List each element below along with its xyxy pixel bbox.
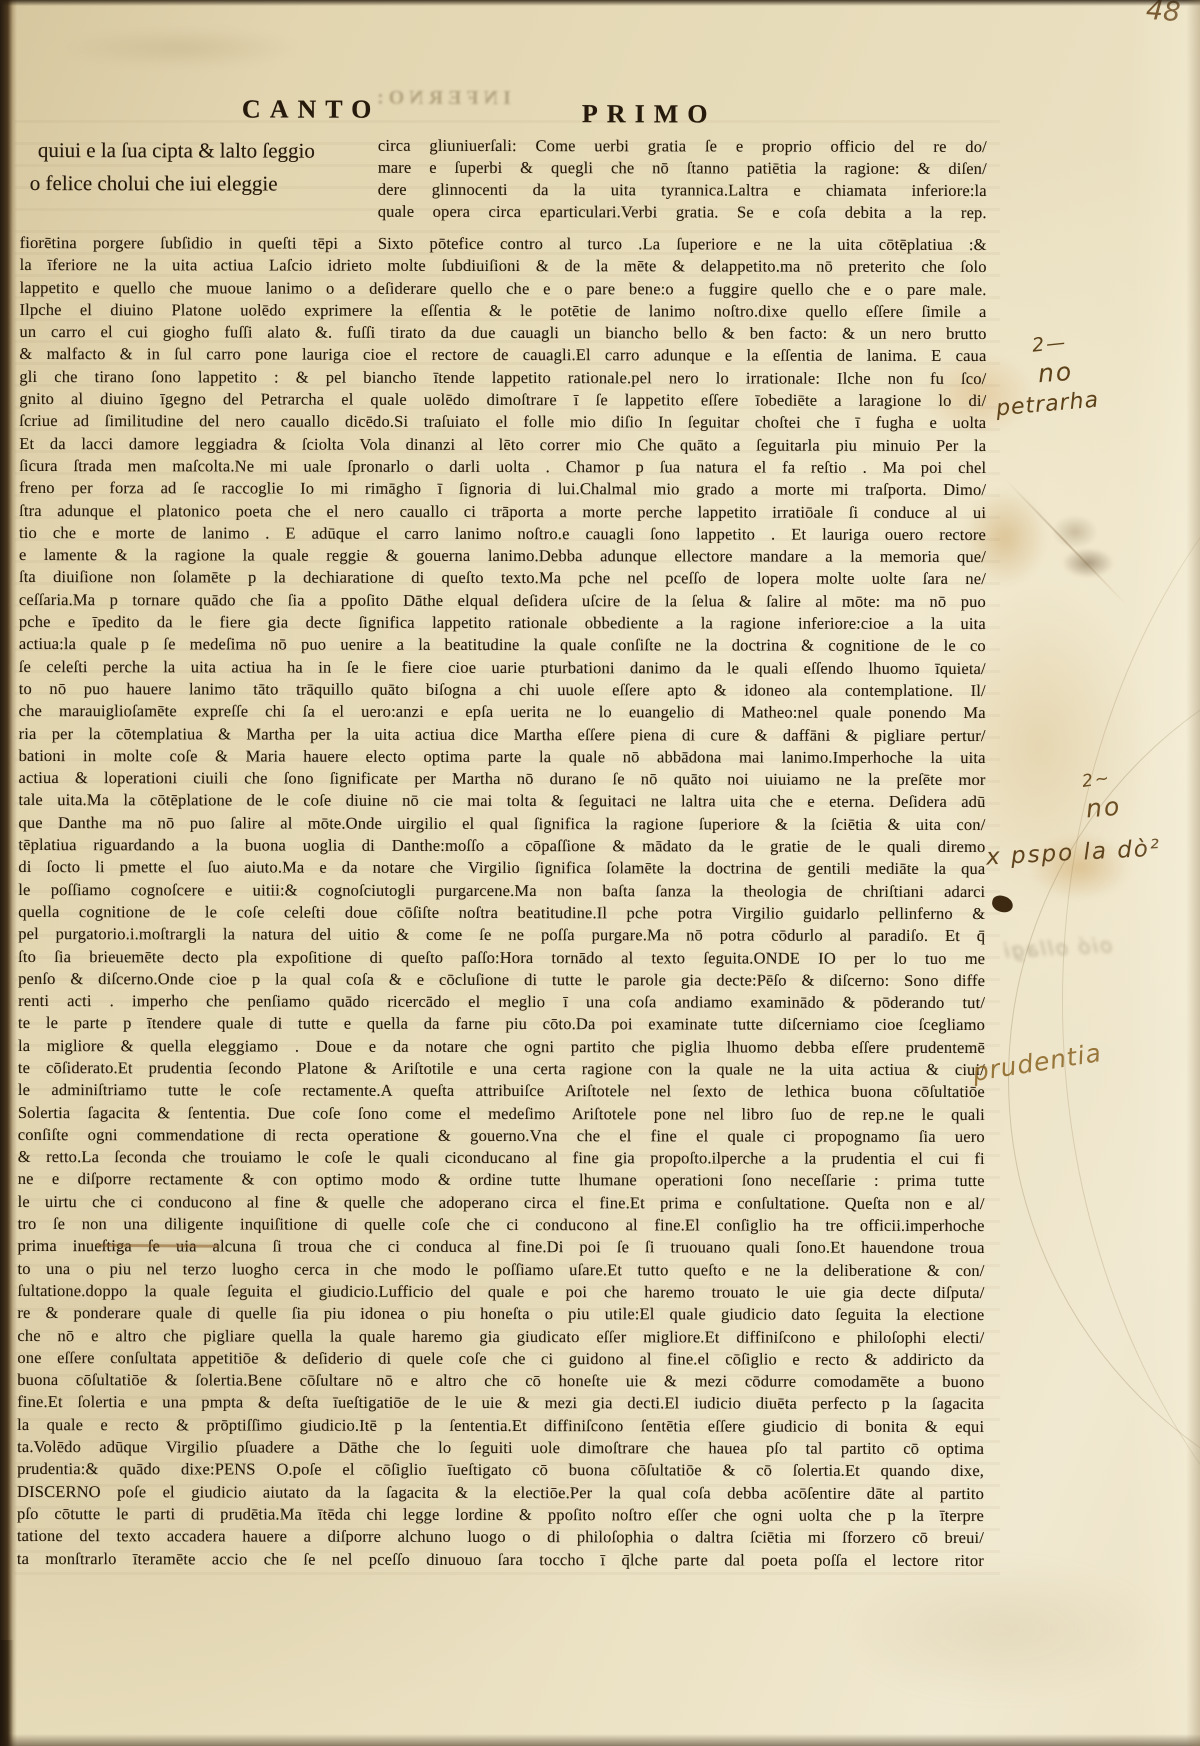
page-edge xyxy=(0,1734,1200,1746)
body-line: quella cognitione de le coſe celeſti dou… xyxy=(18,901,985,925)
ink-blot xyxy=(991,894,1015,914)
body-line: ta.Volēdo adūque Virgilio pſuadere a Dāt… xyxy=(17,1436,984,1460)
scanned-book-page: CANTO INFERNO: PRIMO quiui e la ſua cipt… xyxy=(0,0,1200,1746)
paper-crease xyxy=(1004,478,1127,605)
body-line: one eſſere conſultata appetitiōe & deſid… xyxy=(17,1347,984,1371)
verse-quotation: quiui e la ſua cipta & lalto ſeggioo fel… xyxy=(30,134,360,201)
body-line: di ſocto li pmette el ſuo aiuto.Ma e da … xyxy=(18,856,985,880)
body-line: la quale e recto & prōptiſſimo giudicio.… xyxy=(17,1414,984,1438)
intro-line: circa gliuniuerſali: Come uerbi gratia ſ… xyxy=(378,135,987,158)
body-line: pſo cōtutte le parti di prudētia.Ma ītēd… xyxy=(17,1503,984,1527)
ink-smudge xyxy=(1052,515,1098,549)
body-line: gli che tirano ſono lappetito : & pel bi… xyxy=(19,366,986,390)
running-title-primo: PRIMO xyxy=(582,99,717,129)
intro-line: quale opera circa eparticulari.Verbi gra… xyxy=(378,201,987,224)
body-line: tio che e morte de lanimo . E adūque el … xyxy=(19,522,986,546)
body-line: actiua:la quale p ſe medeſima nō puo uen… xyxy=(19,633,986,657)
body-line: freno per forza ad ſe raccoglie Io mi ri… xyxy=(19,477,986,501)
body-line: prudentia:& quādo dixe:PENS O.poſe el cō… xyxy=(17,1458,984,1482)
body-line: & retto.La ſeconda che trouiamo le coſe … xyxy=(18,1146,985,1170)
verse-line: quiui e la ſua cipta & lalto ſeggio xyxy=(30,134,360,168)
body-line: te cōſiderato.Et prudentia ſecondo Plato… xyxy=(18,1057,985,1081)
body-line: che marauiglioſamēte expreſſe chi ſa el … xyxy=(19,700,986,724)
commentary-body: fiorētina porgere ſubſidio in queſti tēp… xyxy=(17,232,987,1572)
body-line: penſo & diſcerno.Onde cioe p la qual coſ… xyxy=(18,968,985,992)
body-line: ne e diſporre rectamente & con optimo mo… xyxy=(18,1168,985,1192)
body-line: Et da lacci damore leggiadra & ſciolta V… xyxy=(19,433,986,457)
body-line: prima inueſtiga ſe uia alcuna ſi troua c… xyxy=(18,1235,985,1259)
stain xyxy=(60,28,300,68)
printed-text-block: CANTO INFERNO: PRIMO quiui e la ſua cipt… xyxy=(20,84,987,86)
body-line: tro ſe non una diligente inquiſitione di… xyxy=(18,1213,985,1237)
body-line: la īferiore ne la uita actiua Laſcio idr… xyxy=(20,254,987,278)
body-line: ſultatione.doppo la quale ſeguita el giu… xyxy=(17,1280,984,1304)
body-line: to nō puo hauere lanimo tāto trāquillo q… xyxy=(19,678,986,702)
body-line: ſcriue ad ſimilitudine del nero cauallo … xyxy=(19,410,986,434)
verse-line: o felice cholui che iui eleggie xyxy=(30,167,360,201)
body-line: ſtra adunque el platonico poeta che el n… xyxy=(19,500,986,524)
margin-mark: 2— xyxy=(1031,331,1068,357)
body-line: Solertia ſagacita & ſententia. Due coſe … xyxy=(18,1102,985,1126)
page-edge xyxy=(1186,0,1200,1746)
body-line: e lamente & la ragione la quale reggie &… xyxy=(19,544,986,568)
body-line: ſta diuiſione non ſolamēte p la dechiara… xyxy=(19,566,986,590)
margin-note-no: no xyxy=(1085,792,1123,824)
body-line: ta monſtrarlo īteramēte accio che ſe nel… xyxy=(17,1547,984,1571)
body-line: pel purgatorio.i.moſtrargli la natura de… xyxy=(18,923,985,947)
body-line: le poſſiamo cognoſcere e uitii:& cognoſc… xyxy=(18,879,985,903)
body-line: DISCERNO poſe el giudicio aiutato da la … xyxy=(17,1481,984,1505)
body-line: gnito al diuino īgegno del Petrarcha el … xyxy=(19,388,986,412)
body-line: fiorētina porgere ſubſidio in queſti tēp… xyxy=(20,232,987,256)
body-line: to una o piu nel terzo luogho cerca in c… xyxy=(17,1258,984,1282)
page-edge xyxy=(0,1640,14,1746)
body-line: tatione del texto accadera hauere a diſp… xyxy=(17,1525,984,1549)
body-line: tēplatiua riguardando a la buona uoglia … xyxy=(18,834,985,858)
body-line: un carro el cui giogho fuſſi alato &. fu… xyxy=(19,321,986,345)
page-edge xyxy=(0,0,17,1746)
body-line: che nō e altro che pigliare quella la qu… xyxy=(17,1325,984,1349)
commentary-intro-column: circa gliuniuerſali: Come uerbi gratia ſ… xyxy=(378,135,987,224)
body-line: ceſſaria.Ma p tornare quādo che ſia a pp… xyxy=(19,589,986,613)
margin-note-prudentia: prudentia xyxy=(971,1038,1104,1087)
body-line: la migliore & quella eleggiamo . Doue e … xyxy=(18,1035,985,1059)
margin-note-petrarcha: petrarha xyxy=(995,388,1100,422)
body-line: Ilpche el diuino Platone uolēdo exprimer… xyxy=(20,299,987,323)
body-line: le adminiſtriamo tutte le coſe rectament… xyxy=(18,1079,985,1103)
margin-note-no: no xyxy=(1037,357,1074,388)
intro-line: dere glinnocenti da la uita tyrannica.La… xyxy=(378,179,987,202)
body-line: ſe celeſti perche la uita actiua ha in ſ… xyxy=(19,656,986,680)
body-line: re & ponderare quale di quelle ſia piu i… xyxy=(17,1302,984,1326)
page-edge xyxy=(0,0,1200,6)
showthrough-inferno-text: INFERNO: xyxy=(372,87,511,110)
body-line: ſicura ſtrada men maſcolta.Ne mi uale ſp… xyxy=(19,455,986,479)
body-line: fine.Et ſolertia e una pmpta & deſta īue… xyxy=(17,1391,984,1415)
body-line: actiua & loperationi ciuili che ſono ſig… xyxy=(19,767,986,791)
body-line: lappetito e quello che muoue lanimo o a … xyxy=(20,277,987,301)
running-title-canto: CANTO xyxy=(242,94,381,124)
body-line: que Danthe ma nō puo ſalire al mōte.Onde… xyxy=(18,812,985,836)
body-line: ria per la cōtemplatiua & Martha per la … xyxy=(19,723,986,747)
body-line: bationi in molte coſe & Maria hauere ele… xyxy=(19,745,986,769)
body-line: conſiſte ogni commendatione di recta ope… xyxy=(18,1124,985,1148)
body-line: buona cōſultatiōe & ſolertia.Bene cōſult… xyxy=(17,1369,984,1393)
body-line: renti acti . imperho che penſiamo quādo … xyxy=(18,990,985,1014)
body-line: te le parte p ītendere quale di tutte e … xyxy=(18,1012,985,1036)
intro-line: mare e ſuperbi & quegli che nō ſtanno pa… xyxy=(378,157,987,180)
body-line: pche e īpedito da le fiere gia decte ſig… xyxy=(19,611,986,635)
body-line: le uirtu che ci conducono al fine & quel… xyxy=(18,1191,985,1215)
offset-ink-scribble: oió ollagi xyxy=(1001,933,1112,963)
body-line: tale uita.Ma la cōtēplatione de le coſe … xyxy=(18,789,985,813)
margin-mark: 2~ xyxy=(1081,768,1113,792)
body-line: ſto ſia brieuemēte decto pla expoſitione… xyxy=(18,945,985,969)
body-line: & malfacto & in ſul carro pone lauriga c… xyxy=(19,343,986,367)
stain xyxy=(840,1560,1160,1700)
